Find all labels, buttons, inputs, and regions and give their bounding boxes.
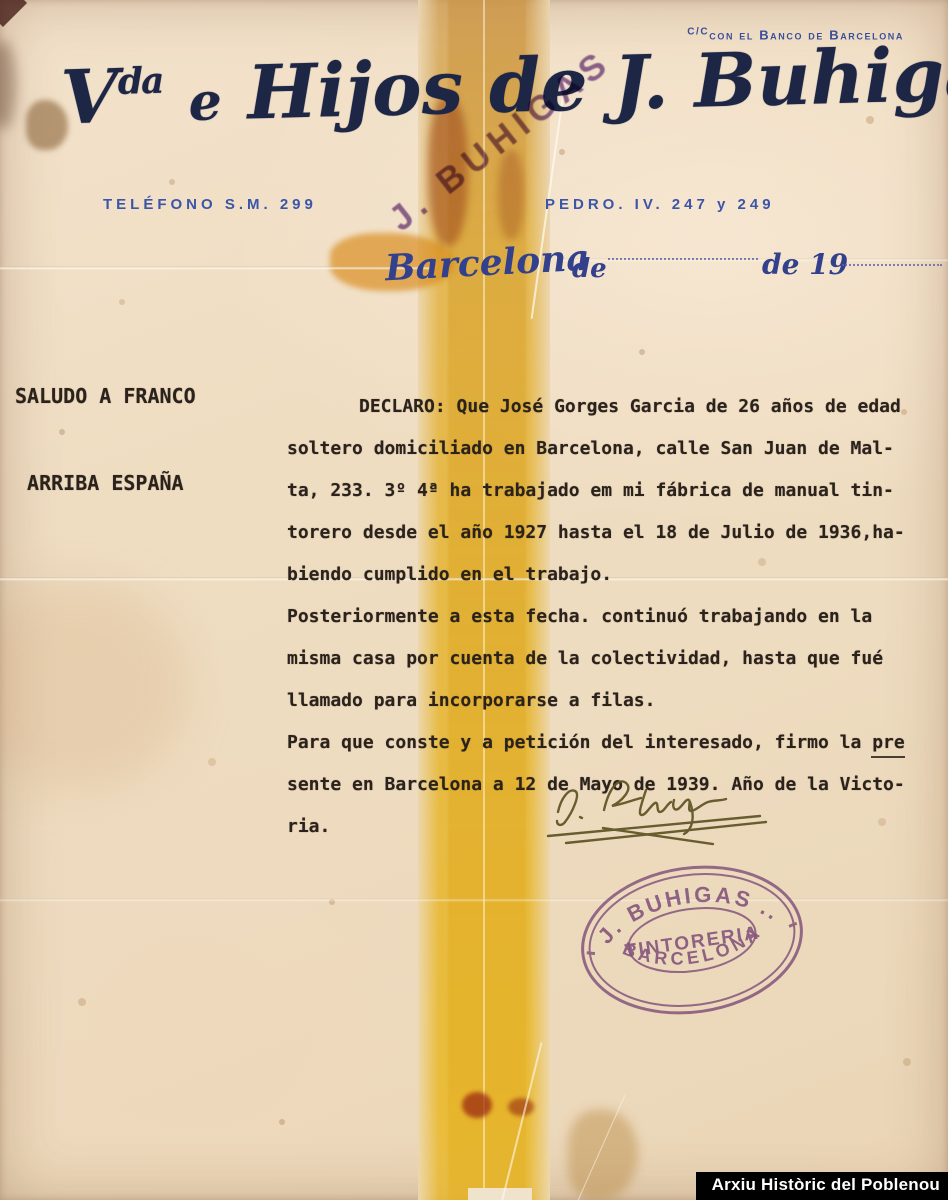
body-line: torero desde el año 1927 hasta el 18 de … — [287, 512, 927, 554]
brown-stain — [568, 1110, 638, 1200]
telephone-line: TELÉFONO S.M. 299 — [103, 196, 317, 213]
tape-red-spot — [462, 1092, 492, 1118]
date-city: Barcelona — [384, 237, 591, 290]
body-line: DECLARO: Que José Gorges Garcia de 26 añ… — [287, 386, 927, 428]
body-line: llamado para incorporarse a filas. — [287, 680, 927, 722]
salute-line1: SALUDO A FRANCO — [15, 382, 196, 411]
body-line: misma casa por cuenta de la colectividad… — [287, 638, 927, 680]
paper-freckles — [0, 0, 4, 4]
body-line: ta, 233. 3º 4ª ha trabajado em mi fábric… — [287, 470, 927, 512]
signature-strokes — [528, 756, 778, 851]
archive-credit-bar: Arxiu Històric del Poblenou — [696, 1172, 948, 1200]
company-connector: e — [188, 71, 223, 133]
date-blank-line — [608, 258, 758, 260]
oval-stamp-graphic: J. BUHIGAS .. TINTORERIA BARCELONA — [564, 844, 820, 1035]
body-line: soltero domiciliado en Barcelona, calle … — [287, 428, 927, 470]
body-line: biendo cumplido en el trabajo. — [287, 554, 927, 596]
tape-red-spot — [508, 1098, 534, 1116]
address-line: PEDRO. IV. 247 y 249 — [545, 196, 775, 213]
hyphenation-underline — [871, 756, 905, 758]
tape-gap — [468, 1188, 532, 1200]
corner-shadow — [0, 0, 27, 27]
date-line: Barcelona de de 19 — [330, 240, 930, 296]
edge-smudge — [0, 40, 16, 130]
body-line: Posteriormente a esta fecha. continuó tr… — [287, 596, 927, 638]
oval-rubber-stamp: J. BUHIGAS .. TINTORERIA BARCELONA — [564, 844, 820, 1035]
company-superscript: da — [117, 60, 163, 103]
franco-salute: SALUDO A FRANCO ARRIBA ESPAÑA — [15, 324, 196, 556]
signature-handwritten — [528, 756, 778, 851]
salute-line2: ARRIBA ESPAÑA — [15, 469, 196, 498]
date-blank-line — [842, 264, 942, 266]
scanned-document: C/Ccon el Banco de Barcelona Vda e Hijos… — [0, 0, 948, 1200]
water-stain — [0, 580, 190, 790]
company-initial: V — [60, 54, 120, 141]
date-de: de — [572, 254, 607, 284]
date-de19: de 19 — [762, 248, 848, 281]
